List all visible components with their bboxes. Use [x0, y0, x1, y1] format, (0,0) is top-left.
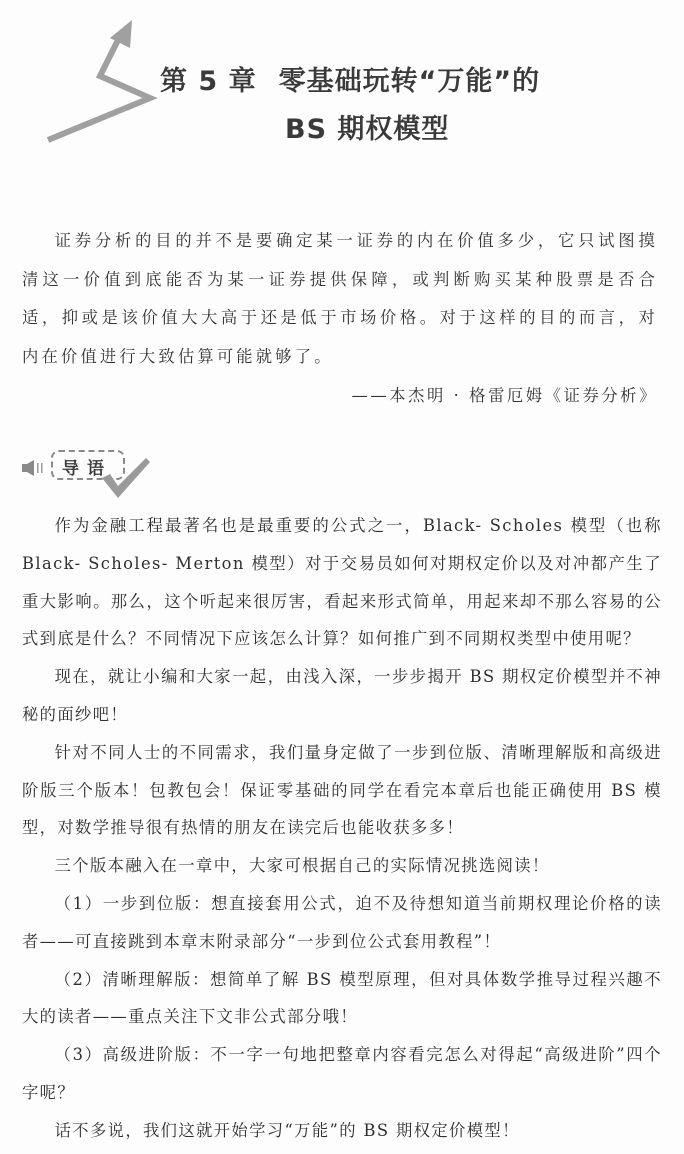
intro-body: 作为金融工程最著名也是最重要的公式之一，Black- Scholes 模型（也称… [22, 507, 662, 1150]
intro-label-text: 导语 [62, 454, 112, 479]
chapter-number: 第 5 章 [160, 66, 257, 97]
chapter-title: 第 5 章零基础玩转“万能”的 BS 期权模型 [160, 58, 620, 154]
body-paragraph: 话不多说，我们这就开始学习“万能”的 BS 期权定价模型！ [22, 1112, 662, 1150]
chapter-title-text: 零基础玩转“万能”的 [279, 66, 541, 97]
body-paragraph: （2）清晰理解版：想简单了解 BS 模型原理，但对具体数学推导过程兴趣不大的读者… [22, 961, 662, 1037]
body-paragraph: 作为金融工程最著名也是最重要的公式之一，Black- Scholes 模型（也称… [22, 507, 662, 658]
epigraph-quote: 证券分析的目的并不是要确定某一证券的内在价值多少，它只试图摸清这一价值到底能否为… [22, 222, 658, 376]
chapter-title-line2: BS 期权模型 [160, 106, 620, 154]
body-paragraph: 三个版本融入在一章中，大家可根据自己的实际情况挑选阅读！ [22, 847, 662, 885]
speaker-icon [22, 460, 46, 476]
chapter-title-line1: 第 5 章零基础玩转“万能”的 [160, 58, 620, 106]
body-paragraph: 现在，就让小编和大家一起，由浅入深，一步步揭开 BS 期权定价模型并不神秘的面纱… [22, 658, 662, 734]
zigzag-arrow-icon [40, 18, 160, 148]
body-paragraph: （1）一步到位版：想直接套用公式，迫不及待想知道当前期权理论价格的读者——可直接… [22, 885, 662, 961]
epigraph: 证券分析的目的并不是要确定某一证券的内在价值多少，它只试图摸清这一价值到底能否为… [22, 222, 658, 416]
book-page: 第 5 章零基础玩转“万能”的 BS 期权模型 证券分析的目的并不是要确定某一证… [0, 0, 684, 1154]
body-paragraph: 针对不同人士的不同需求，我们量身定做了一步到位版、清晰理解版和高级进阶版三个版本… [22, 734, 662, 847]
intro-section-label: 导语 [18, 446, 138, 496]
epigraph-attribution: ——本杰明 · 格雷厄姆《证券分析》 [22, 377, 658, 416]
body-paragraph: （3）高级进阶版：不一字一句地把整章内容看完怎么对得起“高级进阶”四个字呢？ [22, 1036, 662, 1112]
